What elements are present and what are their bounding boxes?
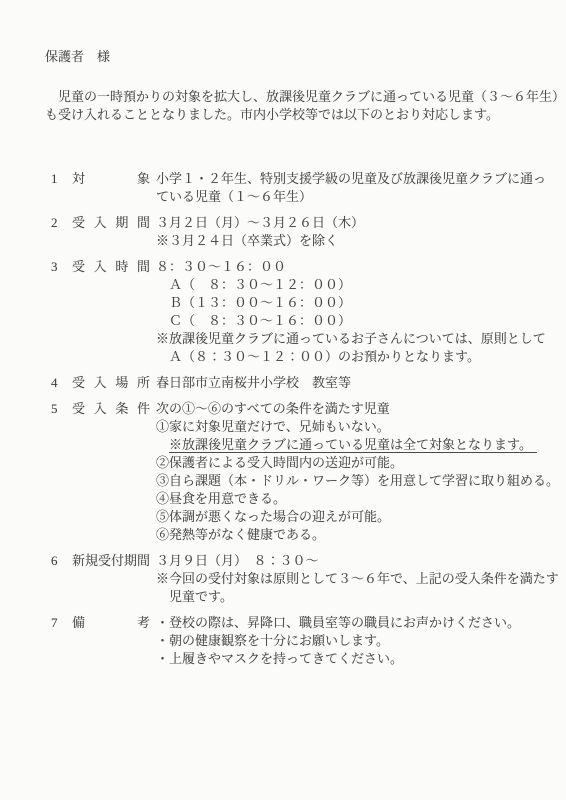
text-line: 児童です。 [156,588,552,606]
text-line: Ａ（ ８：３０～１２：００） [156,276,552,294]
text-line: ている児童（１～６年生） [156,188,552,206]
text-line: ・上履きやマスクを持ってきてください。 [156,650,552,668]
text-line: ※放課後児童クラブに通っている児童は全て対象となります。 [156,436,552,454]
section-label: 受入時間 [72,258,150,276]
text-line: ⑥発熱等がなく健康である。 [156,526,552,544]
section-content: ３月２日（月）～３月２６日（木）※３月２４日（卒業式）を除く [156,214,552,250]
section-7: 7備考・登校の際は、昇降口、職員室等の職員にお声かけください。・朝の健康観察を十… [45,614,552,668]
text-line: Ｂ（１３：００～１６：００） [156,294,552,312]
underlined-text: ※放課後児童クラブに通っている児童は全て対象となります。 [169,437,537,453]
text-line: 次の①～⑥のすべての条件を満たす児童 [156,400,552,418]
text-line: ８：３０～１６：００ [156,258,552,276]
text-line: ④昼食を用意できる。 [156,490,552,508]
section-content: ８：３０～１６：００Ａ（ ８：３０～１２：００）Ｂ（１３：００～１６：００）Ｃ（… [156,258,552,366]
section-number: 3 [51,258,64,276]
section-content: 小学１・２年生、特別支援学級の児童及び放課後児童クラブに通っている児童（１～６年… [156,170,552,206]
text-line: ３月９日（月） ８：３０～ [156,552,552,570]
section-2: 2受入期間３月２日（月）～３月２６日（木）※３月２４日（卒業式）を除く [45,214,552,250]
section-number: 6 [51,552,64,570]
text-line: Ｃ（ ８：３０～１６：００） [156,312,552,330]
section-number: 2 [51,214,64,232]
text-line: ※放課後児童クラブに通っているお子さんについては、原則として [156,330,552,348]
intro-line-1: 児童の一時預かりの対象を拡大し、放課後児童クラブに通っている児童（３～６年生） [45,88,552,106]
section-content: 春日部市立南桜井小学校 教室等 [156,374,552,392]
section-1: 1対象小学１・２年生、特別支援学級の児童及び放課後児童クラブに通っている児童（１… [45,170,552,206]
document-page: 保護者 様 児童の一時預かりの対象を拡大し、放課後児童クラブに通っている児童（３… [0,0,566,800]
intro-paragraph: 児童の一時預かりの対象を拡大し、放課後児童クラブに通っている児童（３～６年生） … [45,88,552,124]
text-line: ③自ら課題（本・ドリル・ワーク等）を用意して学習に取り組める。 [156,472,552,490]
section-label: 対象 [72,170,150,188]
text-line: ・登校の際は、昇降口、職員室等の職員にお声かけください。 [156,614,552,632]
section-4: 4受入場所春日部市立南桜井小学校 教室等 [45,374,552,392]
section-content: 次の①～⑥のすべての条件を満たす児童①家に対象児童だけで、兄姉もいない。※放課後… [156,400,552,544]
section-number: 4 [51,374,64,392]
section-label: 受入期間 [72,214,150,232]
section-label: 受入条件 [72,400,150,418]
recipient-line: 保護者 様 [45,48,552,66]
section-content: ・登校の際は、昇降口、職員室等の職員にお声かけください。・朝の健康観察を十分にお… [156,614,552,668]
section-number: 1 [51,170,64,188]
text-line: ②保護者による受入時間内の送迎が可能。 [156,454,552,472]
text-line: ※３月２４日（卒業式）を除く [156,232,552,250]
text-line: 小学１・２年生、特別支援学級の児童及び放課後児童クラブに通っ [156,170,552,188]
section-label: 備考 [72,614,150,632]
section-content: ３月９日（月） ８：３０～※今回の受付対象は原則として３～６年で、上記の受入条件… [156,552,552,606]
sections: 1対象小学１・２年生、特別支援学級の児童及び放課後児童クラブに通っている児童（１… [45,170,552,668]
text-line: ・朝の健康観察を十分にお願いします。 [156,632,552,650]
text-line: Ａ（８：３０～１２：００）のお預かりとなります。 [156,348,552,366]
text-line: 春日部市立南桜井小学校 教室等 [156,374,552,392]
section-5: 5受入条件次の①～⑥のすべての条件を満たす児童①家に対象児童だけで、兄姉もいない… [45,400,552,544]
section-number: 7 [51,614,64,632]
text-line: ①家に対象児童だけで、兄姉もいない。 [156,418,552,436]
text-line: ⑤体調が悪くなった場合の迎えが可能。 [156,508,552,526]
section-label: 新規受付期間 [72,552,150,570]
section-6: 6新規受付期間３月９日（月） ８：３０～※今回の受付対象は原則として３～６年で、… [45,552,552,606]
intro-line-2: も受け入れることとなりました。市内小学校等では以下のとおり対応します。 [45,106,552,124]
text-line: ※今回の受付対象は原則として３～６年で、上記の受入条件を満たす [156,570,552,588]
section-number: 5 [51,400,64,418]
section-label: 受入場所 [72,374,150,392]
text-line: ３月２日（月）～３月２６日（木） [156,214,552,232]
section-3: 3受入時間８：３０～１６：００Ａ（ ８：３０～１２：００）Ｂ（１３：００～１６：… [45,258,552,366]
